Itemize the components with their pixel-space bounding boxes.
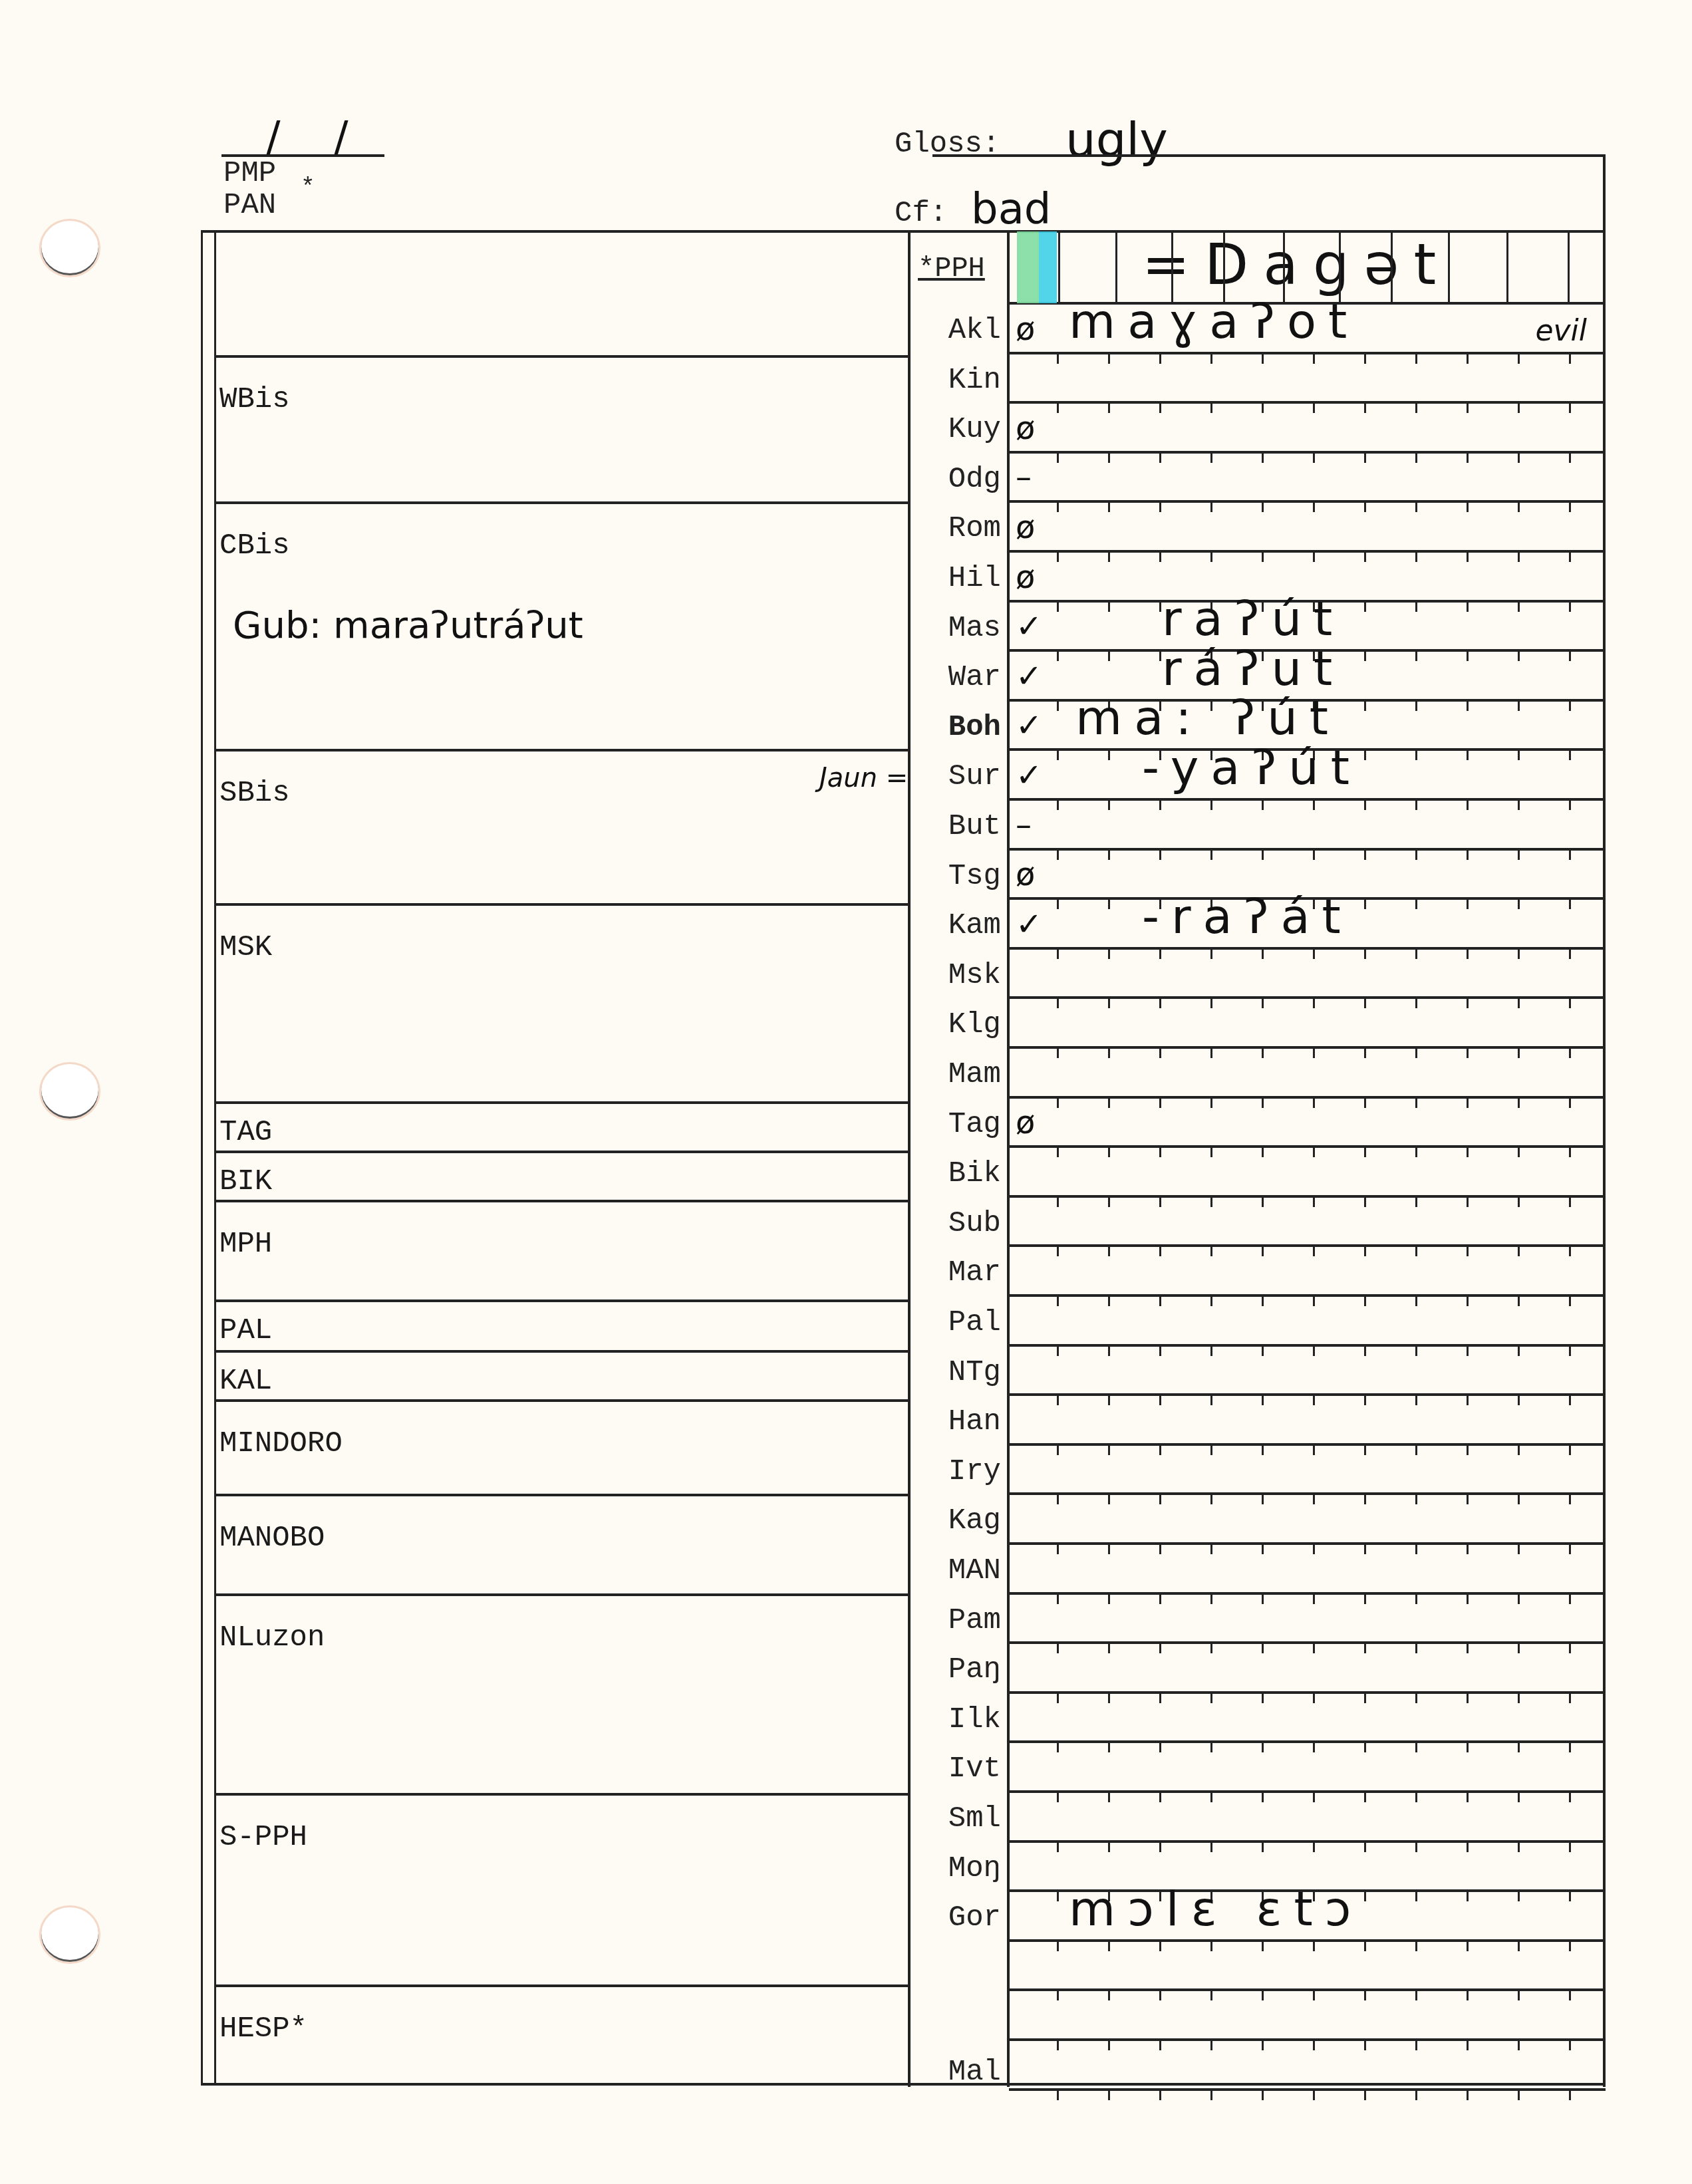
region-label: KAL (219, 1365, 272, 1398)
grid-cell-divider (1223, 231, 1225, 302)
region-column-right-border (908, 230, 911, 2087)
grid-cell-divider (1283, 231, 1285, 302)
highlight-marker (1017, 231, 1057, 303)
status-mark: ø (1016, 559, 1035, 596)
status-mark: ✓ (1016, 757, 1042, 794)
region-label: MINDORO (219, 1427, 343, 1460)
language-code: Kin (915, 364, 1001, 397)
language-code: Rom (915, 512, 1001, 545)
status-mark: – (1016, 459, 1032, 496)
binder-hole-top (41, 221, 98, 275)
binder-hole-bottom (41, 1907, 98, 1962)
language-code: War (915, 661, 1001, 694)
reflex-form: maɣaʔot (1069, 293, 1359, 349)
language-code: Boh (915, 711, 1001, 744)
language-entry-row[interactable]: – (1009, 801, 1606, 851)
status-mark: ø (1016, 1104, 1035, 1141)
grid-cell-divider (1448, 231, 1450, 302)
region-label: BIK (219, 1165, 272, 1198)
language-code: Odg (915, 463, 1001, 496)
pmp-label: PMP (223, 157, 276, 190)
language-entry-row[interactable]: ø (1009, 404, 1606, 454)
language-entry-row[interactable] (1009, 1595, 1606, 1645)
language-code: Ilk (915, 1703, 1001, 1736)
language-entry-row[interactable] (1009, 1049, 1606, 1099)
gloss-box-right (1603, 154, 1606, 233)
language-code: Sub (915, 1207, 1001, 1240)
language-code: Kam (915, 909, 1001, 942)
region-block-sbis[interactable]: SBis (214, 751, 908, 906)
language-entry-row[interactable]: ø (1009, 1099, 1606, 1149)
region-block-msk[interactable]: MSK (214, 906, 908, 1104)
reflex-form: mɔlɛ ɛtɔ (1069, 1881, 1363, 1937)
region-label: MSK (219, 931, 272, 964)
language-entry-row[interactable] (1009, 1495, 1606, 1545)
binder-hole-middle (41, 1064, 98, 1119)
language-code: Msk (915, 959, 1001, 992)
proto-form: =Dagət (1142, 231, 1451, 298)
region-block-mph[interactable]: MPH (214, 1202, 908, 1302)
language-code: Ivt (915, 1752, 1001, 1786)
reflex-form: -raʔát (1142, 888, 1353, 944)
language-entry-row[interactable] (1009, 1545, 1606, 1595)
outer-left-border (201, 230, 203, 2084)
pan-label: PAN (223, 189, 276, 222)
grid-cell-divider (1391, 231, 1393, 302)
language-code: Tag (915, 1108, 1001, 1141)
language-code: Mam (915, 1058, 1001, 1091)
language-code: Pal (915, 1306, 1001, 1339)
language-code: Bik (915, 1157, 1001, 1190)
language-code: Mal (915, 2056, 1001, 2089)
language-code: Iry (915, 1455, 1001, 1488)
language-code: Klg (915, 1008, 1001, 1041)
language-code: Gor (915, 1901, 1001, 1935)
language-entry-row[interactable] (1009, 1198, 1606, 1248)
language-entry-row[interactable] (1009, 354, 1606, 404)
language-entry-row[interactable] (1009, 1247, 1606, 1297)
language-entry-row[interactable]: ✓-raʔát (1009, 900, 1606, 950)
status-mark: ø (1016, 311, 1035, 348)
region-label: SBis (219, 777, 290, 810)
language-entry-row[interactable]: ✓-yaʔút (1009, 751, 1606, 801)
region-block-kal[interactable]: KAL (214, 1353, 908, 1402)
region-note: Gub: maraʔutráʔut (233, 604, 583, 647)
language-entry-row[interactable] (1009, 1991, 1606, 2041)
language-code: Kuy (915, 413, 1001, 446)
language-code: Kag (915, 1504, 1001, 1538)
language-code: Sur (915, 760, 1001, 793)
reflex-form: ma: ʔút (1075, 690, 1340, 746)
cross-reference-note: Jaun = (819, 763, 908, 793)
region-label: MPH (219, 1228, 272, 1261)
language-code: Hil (915, 562, 1001, 595)
region-block-s-pph[interactable]: S-PPH (214, 1796, 908, 1987)
region-label: CBis (219, 529, 290, 563)
language-entry-row[interactable] (1009, 1148, 1606, 1198)
region-block-pal[interactable]: PAL (214, 1302, 908, 1353)
region-block-bik[interactable]: BIK (214, 1153, 908, 1202)
region-label: NLuzon (219, 1621, 325, 1655)
language-code: Sml (915, 1802, 1001, 1836)
language-entry-row[interactable]: ømaɣaʔotevil (1009, 305, 1606, 354)
region-label: PAL (219, 1314, 272, 1347)
row-tick-marks (1009, 2088, 1606, 2100)
region-label: TAG (219, 1116, 272, 1149)
region-block-wbis[interactable]: WBis (214, 358, 908, 504)
language-code: Han (915, 1405, 1001, 1438)
region-label: S-PPH (219, 1821, 307, 1854)
language-entry-row[interactable]: mɔlɛ ɛtɔ (1009, 1892, 1606, 1942)
grid-cell-divider (1058, 231, 1060, 302)
status-mark: ✓ (1016, 608, 1042, 645)
language-code: Pam (915, 1604, 1001, 1637)
language-code: NTg (915, 1356, 1001, 1389)
reflex-form: -yaʔút (1142, 740, 1361, 795)
language-code: Akl (915, 314, 1001, 347)
region-label: WBis (219, 383, 290, 416)
language-entry-row[interactable] (1009, 1942, 1606, 1992)
language-code: Tsg (915, 860, 1001, 893)
language-code: Moŋ (915, 1852, 1001, 1885)
region-block-mindoro[interactable]: MINDORO (214, 1402, 908, 1496)
grid-cell-divider (1339, 231, 1341, 302)
language-entry-row[interactable] (1009, 1644, 1606, 1694)
gloss-value[interactable]: ugly (1065, 112, 1168, 168)
language-entry-row[interactable]: – (1009, 454, 1606, 503)
region-block-hesp-[interactable]: HESP* (214, 1987, 908, 2084)
language-entry-row[interactable] (1009, 950, 1606, 1000)
region-block-manobo[interactable]: MANOBO (214, 1496, 908, 1596)
region-label: MANOBO (219, 1522, 325, 1555)
language-entry-row[interactable] (1009, 1793, 1606, 1843)
region-block-cbis[interactable]: CBisGub: maraʔutráʔut (214, 504, 908, 751)
language-entry-row[interactable] (1009, 1694, 1606, 1744)
cf-value[interactable]: bad (971, 185, 1051, 234)
grid-cell-divider (1568, 231, 1570, 302)
grid-cell-divider (1506, 231, 1508, 302)
language-entry-row[interactable] (1009, 1347, 1606, 1397)
region-block-empty (214, 233, 908, 358)
reflex-form: raʔút (1162, 591, 1344, 646)
cf-label: Cf: (895, 197, 947, 230)
grid-cell-divider (1115, 231, 1117, 302)
gloss-underline (932, 154, 1606, 157)
status-mark: ø (1016, 856, 1035, 893)
status-mark: – (1016, 807, 1032, 844)
status-mark: ø (1016, 509, 1035, 546)
language-code: But (915, 810, 1001, 843)
reflex-form: ráʔut (1162, 640, 1344, 696)
reflex-gloss: evil (1535, 314, 1587, 348)
language-entry-row[interactable] (1009, 1396, 1606, 1446)
status-mark: ✓ (1016, 707, 1042, 744)
language-entry-row[interactable] (1009, 999, 1606, 1049)
pmp-asterisk: * (301, 174, 315, 202)
language-entry-row[interactable] (1009, 1446, 1606, 1496)
language-entry-row[interactable] (1009, 1297, 1606, 1347)
region-label: HESP* (219, 2012, 307, 2046)
region-block-nluzon[interactable]: NLuzon (214, 1596, 908, 1796)
grid-cell-divider (1171, 231, 1173, 302)
language-code: Paŋ (915, 1653, 1001, 1687)
language-entry-row[interactable]: ø (1009, 503, 1606, 553)
language-code: Mar (915, 1256, 1001, 1290)
language-entry-row[interactable] (1009, 1743, 1606, 1793)
language-entry-row[interactable] (1009, 2041, 1606, 2091)
status-mark: ✓ (1016, 906, 1042, 943)
status-mark: ø (1016, 410, 1035, 447)
language-code: Mas (915, 612, 1001, 645)
language-code: MAN (915, 1554, 1001, 1587)
status-mark: ✓ (1016, 658, 1042, 695)
region-block-tag[interactable]: TAG (214, 1104, 908, 1153)
proto-label: *PPH (918, 253, 985, 285)
